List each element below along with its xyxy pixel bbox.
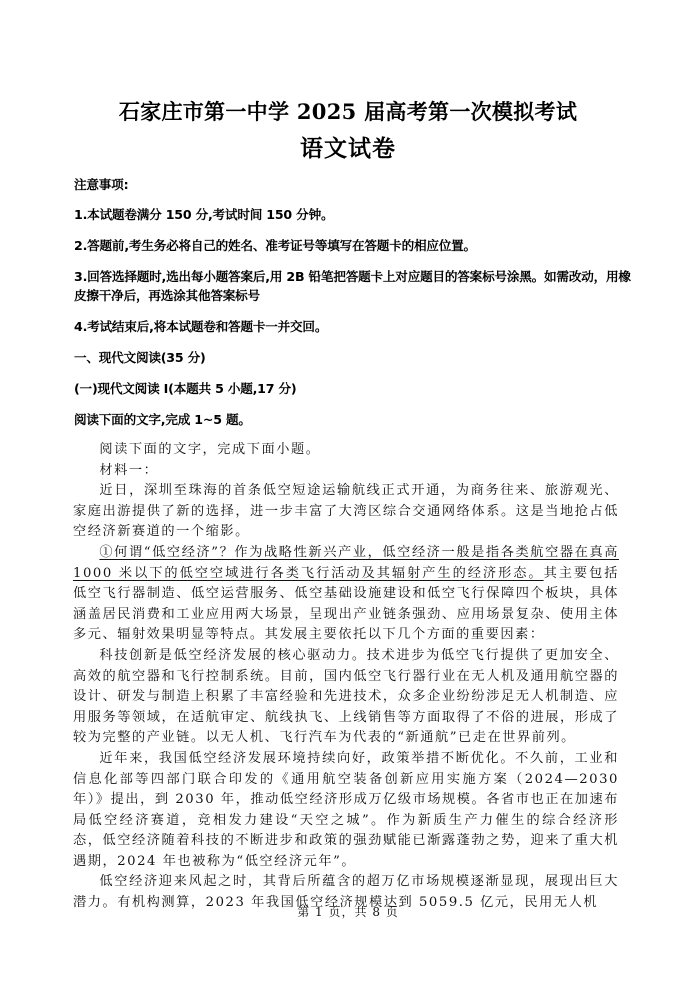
note-item-4: 4.考试结束后,将本试题卷和答题卡一并交回。	[74, 317, 634, 336]
underlined-sentence: ①何谓“低空经济”？作为战略性新兴产业，低空经济一般是指各类航空器在真高 100…	[73, 545, 619, 581]
page-indicator: 第 1 页，共 8 页	[0, 903, 696, 920]
passage-paragraph-3: 科技创新是低空经济发展的核心驱动力。技术进步为低空飞行提供了更加安全、高效的航空…	[73, 646, 619, 749]
passage-intro: 阅读下面的文字，完成下面小题。	[73, 440, 619, 461]
section-instruction: 阅读下面的文字,完成 1~5 题。	[74, 410, 634, 429]
notes-heading: 注意事项:	[74, 175, 634, 194]
section-subheading: (一)现代文阅读 I(本题共 5 小题,17 分)	[74, 379, 634, 398]
reading-passage: 阅读下面的文字，完成下面小题。 材料一： 近日，深圳至珠海的首条低空短途运输航线…	[73, 440, 619, 914]
passage-paragraph-2: ①何谓“低空经济”？作为战略性新兴产业，低空经济一般是指各类航空器在真高 100…	[73, 543, 619, 646]
exam-subtitle: 语文试卷	[0, 130, 696, 163]
note-item-2: 2.答题前,考生务必将自己的姓名、准考证号等填写在答题卡的相应位置。	[74, 236, 634, 255]
note-item-3: 3.回答选择题时,选出每小题答案后,用 2B 铅笔把答题卡上对应题目的答案标号涂…	[74, 267, 634, 305]
note-item-1: 1.本试题卷满分 150 分,考试时间 150 分钟。	[74, 205, 634, 224]
exam-page: 石家庄市第一中学 2025 届高考第一次模拟考试 语文试卷 注意事项: 1.本试…	[0, 0, 696, 983]
material-label: 材料一：	[73, 461, 619, 482]
passage-paragraph-4: 近年来，我国低空经济发展环境持续向好，政策举措不断优化。不久前，工业和信息化部等…	[73, 749, 619, 873]
section-heading: 一、现代文阅读(35 分)	[74, 348, 634, 367]
passage-paragraph-1: 近日，深圳至珠海的首条低空短途运输航线正式开通，为商务往来、旅游观光、家庭出游提…	[73, 481, 619, 543]
exam-title: 石家庄市第一中学 2025 届高考第一次模拟考试	[0, 96, 696, 126]
